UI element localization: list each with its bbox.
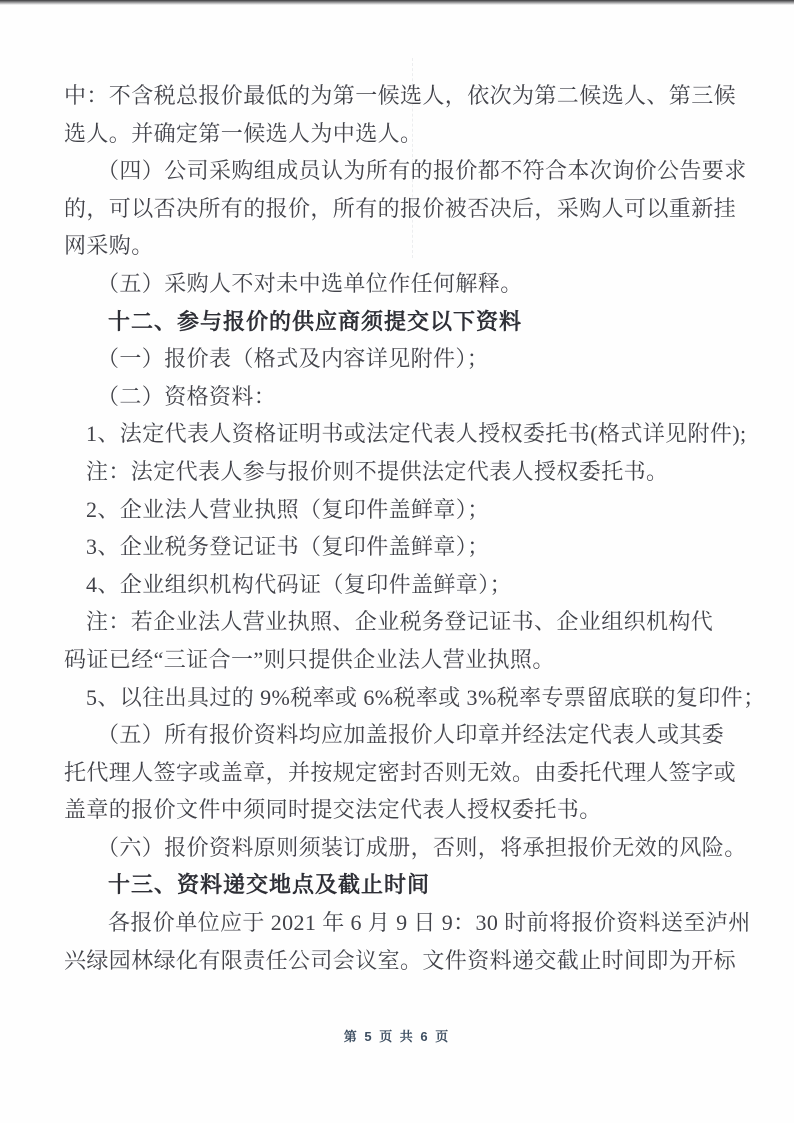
text-line: 中：不含税总报价最低的为第一候选人，依次为第二候选人、第三候 bbox=[64, 77, 740, 115]
text-line: 选人。并确定第一候选人为中选人。 bbox=[64, 115, 740, 153]
scan-top-edge-artifact bbox=[0, 0, 794, 5]
section-heading-thirteen: 十三、资料递交地点及截止时间 bbox=[64, 866, 740, 904]
text-line: 2、企业法人营业执照（复印件盖鲜章）； bbox=[64, 491, 740, 529]
text-line: 的，可以否决所有的报价，所有的报价被否决后，采购人可以重新挂 bbox=[64, 190, 740, 228]
scanned-document-page: 中：不含税总报价最低的为第一候选人，依次为第二候选人、第三候选人。并确定第一候选… bbox=[0, 0, 794, 1123]
text-line: （五）采购人不对未中选单位作任何解释。 bbox=[64, 265, 740, 303]
text-line: 4、企业组织机构代码证（复印件盖鲜章）； bbox=[64, 566, 740, 604]
text-line: （五）所有报价资料均应加盖报价人印章并经法定代表人或其委 bbox=[64, 716, 740, 754]
page-number: 第 5 页 共 6 页 bbox=[344, 1029, 451, 1044]
text-line: 1、法定代表人资格证明书或法定代表人授权委托书(格式详见附件); bbox=[64, 415, 740, 453]
text-line: （六）报价资料原则须装订成册，否则，将承担报价无效的风险。 bbox=[64, 829, 740, 867]
text-line: 各报价单位应于 2021 年 6 月 9 日 9：30 时前将报价资料送至泸州 bbox=[64, 904, 740, 942]
page-footer: 第 5 页 共 6 页 bbox=[0, 1026, 794, 1045]
text-line: 注：若企业法人营业执照、企业税务登记证书、企业组织机构代 bbox=[64, 603, 740, 641]
document-content: 中：不含税总报价最低的为第一候选人，依次为第二候选人、第三候选人。并确定第一候选… bbox=[64, 77, 740, 979]
text-line: （四）公司采购组成员认为所有的报价都不符合本次询价公告要求 bbox=[64, 152, 740, 190]
text-line: 注：法定代表人参与报价则不提供法定代表人授权委托书。 bbox=[64, 453, 740, 491]
text-line: 托代理人签字或盖章，并按规定密封否则无效。由委托代理人签字或 bbox=[64, 754, 740, 792]
text-line: 3、企业税务登记证书（复印件盖鲜章）； bbox=[64, 528, 740, 566]
text-line: 5、以往出具过的 9%税率或 6%税率或 3%税率专票留底联的复印件； bbox=[64, 679, 740, 717]
text-line: 兴绿园林绿化有限责任公司会议室。文件资料递交截止时间即为开标 bbox=[64, 942, 740, 980]
text-line: 盖章的报价文件中须同时提交法定代表人授权委托书。 bbox=[64, 791, 740, 829]
section-heading-twelve: 十二、参与报价的供应商须提交以下资料 bbox=[64, 303, 740, 341]
text-line: 网采购。 bbox=[64, 227, 740, 265]
text-line: 码证已经“三证合一”则只提供企业法人营业执照。 bbox=[64, 641, 740, 679]
text-line: （一）报价表（格式及内容详见附件）； bbox=[64, 340, 740, 378]
text-line: （二）资格资料： bbox=[64, 378, 740, 416]
